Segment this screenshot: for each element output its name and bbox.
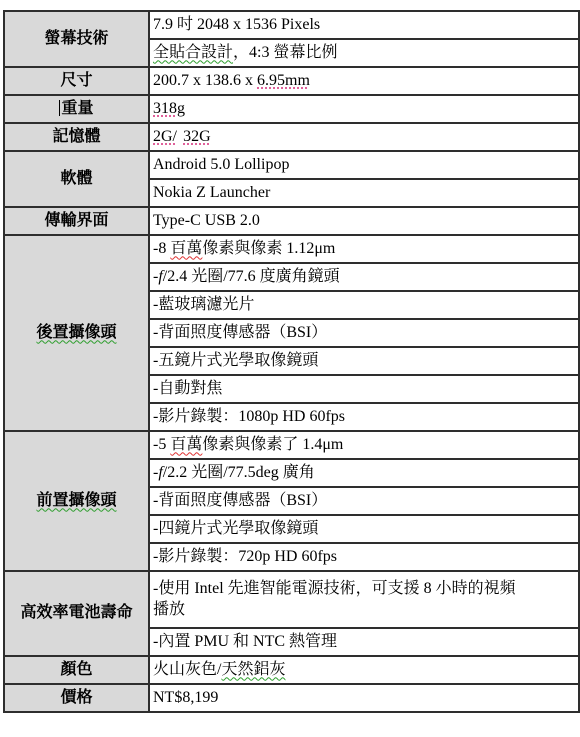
text-segment: /2.4 光圈/77.6 度廣角鏡頭 (163, 268, 340, 285)
row-label-front-camera: 前置攝像頭 (4, 431, 149, 571)
value-memory: 2G/32G (149, 123, 579, 151)
table-row: 螢幕技術 7.9 吋 2048 x 1536 Pixels (4, 11, 579, 39)
table-row: 後置攝像頭 -8 百萬像素與像素 1.12μm (4, 235, 579, 263)
table-row: 傳輸界面 Type-C USB 2.0 (4, 207, 579, 235)
value-color: 火山灰色/天然鋁灰 (149, 656, 579, 684)
value-screen-line1: 7.9 吋 2048 x 1536 Pixels (149, 11, 579, 39)
value-front-1: -5 百萬像素與像素了 1.4μm (149, 431, 579, 459)
spec-table: 螢幕技術 7.9 吋 2048 x 1536 Pixels 全貼合設計，4:3 … (3, 10, 580, 713)
row-label-rear-camera: 後置攝像頭 (4, 235, 149, 431)
text-segment-red-wavy: 百萬 (170, 436, 202, 453)
text-segment: 200.7 x 138.6 x (153, 72, 257, 89)
row-label-software: 軟體 (4, 151, 149, 207)
value-price: NT$8,199 (149, 684, 579, 712)
row-label-weight: 重量 (4, 95, 149, 123)
table-row: 重量 318g (4, 95, 579, 123)
value-screen-line2: 全貼合設計，4:3 螢幕比例 (149, 39, 579, 67)
text-segment: 像素與像素 1.12μm (202, 240, 335, 257)
text-segment-spell-dotted: 32G (183, 128, 211, 145)
row-label-screen: 螢幕技術 (4, 11, 149, 67)
text-segment-green-wavy: 全貼合設計 (153, 44, 233, 61)
table-row: 前置攝像頭 -5 百萬像素與像素了 1.4μm (4, 431, 579, 459)
value-battery-1: -使用 Intel 先進智能電源技術，可支援 8 小時的視頻播放 (149, 571, 579, 628)
text-segment-red-wavy: 百萬 (170, 240, 202, 257)
text-segment-spell-dotted: 2G/ (153, 128, 177, 145)
table-row: 記憶體 2G/32G (4, 123, 579, 151)
value-software-line2: Nokia Z Launcher (149, 179, 579, 207)
value-weight: 318g (149, 95, 579, 123)
value-battery-2: -內置 PMU 和 NTC 熱管理 (149, 628, 579, 656)
row-label-memory: 記憶體 (4, 123, 149, 151)
row-label-battery: 高效率電池壽命 (4, 571, 149, 656)
value-front-3: -背面照度傳感器（BSI） (149, 487, 579, 515)
text-segment: -8 (153, 240, 170, 257)
table-row: 軟體 Android 5.0 Lollipop (4, 151, 579, 179)
text-segment-green-wavy: 天然鋁灰 (221, 661, 285, 678)
text-segment-green-wavy: 前置攝像頭 (36, 492, 116, 509)
row-label-interface: 傳輸界面 (4, 207, 149, 235)
row-label-size: 尺寸 (4, 67, 149, 95)
text-segment: 重量 (61, 100, 93, 117)
row-label-color: 顏色 (4, 656, 149, 684)
text-segment: 火山灰色/ (153, 661, 221, 678)
text-segment-green-wavy: 後置攝像頭 (36, 324, 116, 341)
value-front-5: -影片錄製：720p HD 60fps (149, 543, 579, 571)
value-rear-2: -f/2.4 光圈/77.6 度廣角鏡頭 (149, 263, 579, 291)
value-rear-1: -8 百萬像素與像素 1.12μm (149, 235, 579, 263)
table-row: 價格 NT$8,199 (4, 684, 579, 712)
value-rear-7: -影片錄製：1080p HD 60fps (149, 403, 579, 431)
table-row: 高效率電池壽命 -使用 Intel 先進智能電源技術，可支援 8 小時的視頻播放 (4, 571, 579, 628)
value-rear-4: -背面照度傳感器（BSI） (149, 319, 579, 347)
row-label-price: 價格 (4, 684, 149, 712)
text-segment: 播放 (153, 600, 576, 621)
text-segment: -5 (153, 436, 170, 453)
text-segment: -使用 Intel 先進智能電源技術，可支援 8 小時的視頻 (153, 579, 576, 600)
text-segment: /2.2 光圈/77.5deg 廣角 (163, 464, 315, 481)
text-segment: 像素與像素了 1.4μm (202, 436, 343, 453)
value-rear-6: -自動對焦 (149, 375, 579, 403)
value-interface: Type-C USB 2.0 (149, 207, 579, 235)
value-front-4: -四鏡片式光學取像鏡頭 (149, 515, 579, 543)
text-segment-spell-dotted: 6.95mm (257, 72, 310, 89)
table-row: 顏色 火山灰色/天然鋁灰 (4, 656, 579, 684)
value-software-line1: Android 5.0 Lollipop (149, 151, 579, 179)
value-rear-5: -五鏡片式光學取像鏡頭 (149, 347, 579, 375)
text-segment: ，4:3 螢幕比例 (233, 44, 337, 61)
value-rear-3: -藍玻璃濾光片 (149, 291, 579, 319)
document-page: 螢幕技術 7.9 吋 2048 x 1536 Pixels 全貼合設計，4:3 … (0, 0, 580, 737)
value-size: 200.7 x 138.6 x 6.95mm (149, 67, 579, 95)
table-row: 尺寸 200.7 x 138.6 x 6.95mm (4, 67, 579, 95)
value-front-2: -f/2.2 光圈/77.5deg 廣角 (149, 459, 579, 487)
text-segment-spell-dotted: 318g (153, 100, 185, 117)
